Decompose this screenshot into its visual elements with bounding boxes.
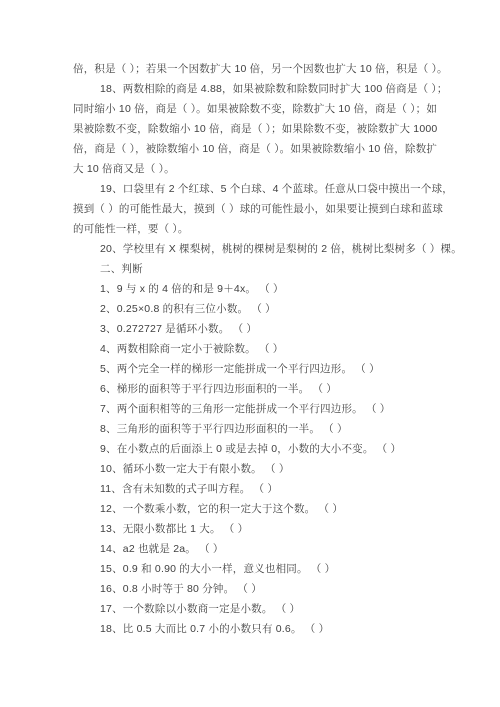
text-line: 摸到（ ）的可能性最大，摸到（ ）球的可能性最小，如果要让摸到白球和蓝球 bbox=[73, 199, 453, 219]
text-line: 11、含有未知数的式子叫方程。 （ ） bbox=[73, 479, 453, 499]
text-line: 20、学校里有 X 棵梨树，桃树的棵树是梨树的 2 倍，桃树比梨树多（ ）棵。 bbox=[73, 239, 453, 259]
section-heading: 二、判断 bbox=[73, 259, 453, 279]
text-line: 7、两个面积相等的三角形一定能拼成一个平行四边形。 （ ） bbox=[73, 399, 453, 419]
text-line: 4、两数相除商一定小于被除数。 （ ） bbox=[73, 339, 453, 359]
text-line: 8、三角形的面积等于平行四边形面积的一半。 （ ） bbox=[73, 419, 453, 439]
text-line: 5、两个完全一样的梯形一定能拼成一个平行四边形。 （ ） bbox=[73, 359, 453, 379]
text-line: 3、0.272727 是循环小数。 （ ） bbox=[73, 319, 453, 339]
text-line: 14、a2 也就是 2a。 （ ） bbox=[73, 539, 453, 559]
worksheet-text-column: 倍，积是（ ）；若果一个因数扩大 10 倍，另一个因数也扩大 10 倍，积是（ … bbox=[73, 59, 453, 639]
text-line: 18、比 0.5 大而比 0.7 小的小数只有 0.6。 （ ） bbox=[73, 619, 453, 639]
text-line: 9、在小数点的后面添上 0 或是去掉 0，小数的大小不变。 （ ） bbox=[73, 439, 453, 459]
text-line: 19、口袋里有 2 个红球、5 个白球、4 个蓝球。任意从口袋中摸出一个球， bbox=[73, 179, 453, 199]
text-line: 倍，商是（ ），被除数缩小 10 倍，商是（ ）。如果被除数缩小 10 倍，除数… bbox=[73, 139, 453, 159]
text-line: 的可能性一样，要（ ）。 bbox=[73, 219, 453, 239]
text-line: 13、无限小数都比 1 大。 （ ） bbox=[73, 519, 453, 539]
text-line: 同时缩小 10 倍，商是（ ）。如果被除数不变，除数扩大 10 倍，商是（ ）；… bbox=[73, 99, 453, 119]
text-line: 倍，积是（ ）；若果一个因数扩大 10 倍，另一个因数也扩大 10 倍，积是（ … bbox=[73, 59, 453, 79]
text-line: 2、0.25×0.8 的积有三位小数。 （ ） bbox=[73, 299, 453, 319]
text-line: 6、梯形的面积等于平行四边形面积的一半。 （ ） bbox=[73, 379, 453, 399]
text-line: 15、0.9 和 0.90 的大小一样，意义也相同。 （ ） bbox=[73, 559, 453, 579]
text-line: 12、一个数乘小数，它的积一定大于这个数。 （ ） bbox=[73, 499, 453, 519]
text-line: 果被除数不变，除数缩小 10 倍，商是（ ）；如果除数不变，被除数扩大 1000 bbox=[73, 119, 453, 139]
text-line: 16、0.8 小时等于 80 分钟。 （ ） bbox=[73, 579, 453, 599]
worksheet-page: 倍，积是（ ）；若果一个因数扩大 10 倍，另一个因数也扩大 10 倍，积是（ … bbox=[0, 0, 500, 707]
text-line: 18、两数相除的商是 4.88，如果被除数和除数同时扩大 100 倍商是（ ）； bbox=[73, 79, 453, 99]
text-line: 10、循环小数一定大于有限小数。 （ ） bbox=[73, 459, 453, 479]
text-line: 17、一个数除以小数商一定是小数。 （ ） bbox=[73, 599, 453, 619]
text-line: 大 10 倍商又是（ ）。 bbox=[73, 159, 453, 179]
text-line: 1、9 与 x 的 4 倍的和是 9＋4x。 （ ） bbox=[73, 279, 453, 299]
